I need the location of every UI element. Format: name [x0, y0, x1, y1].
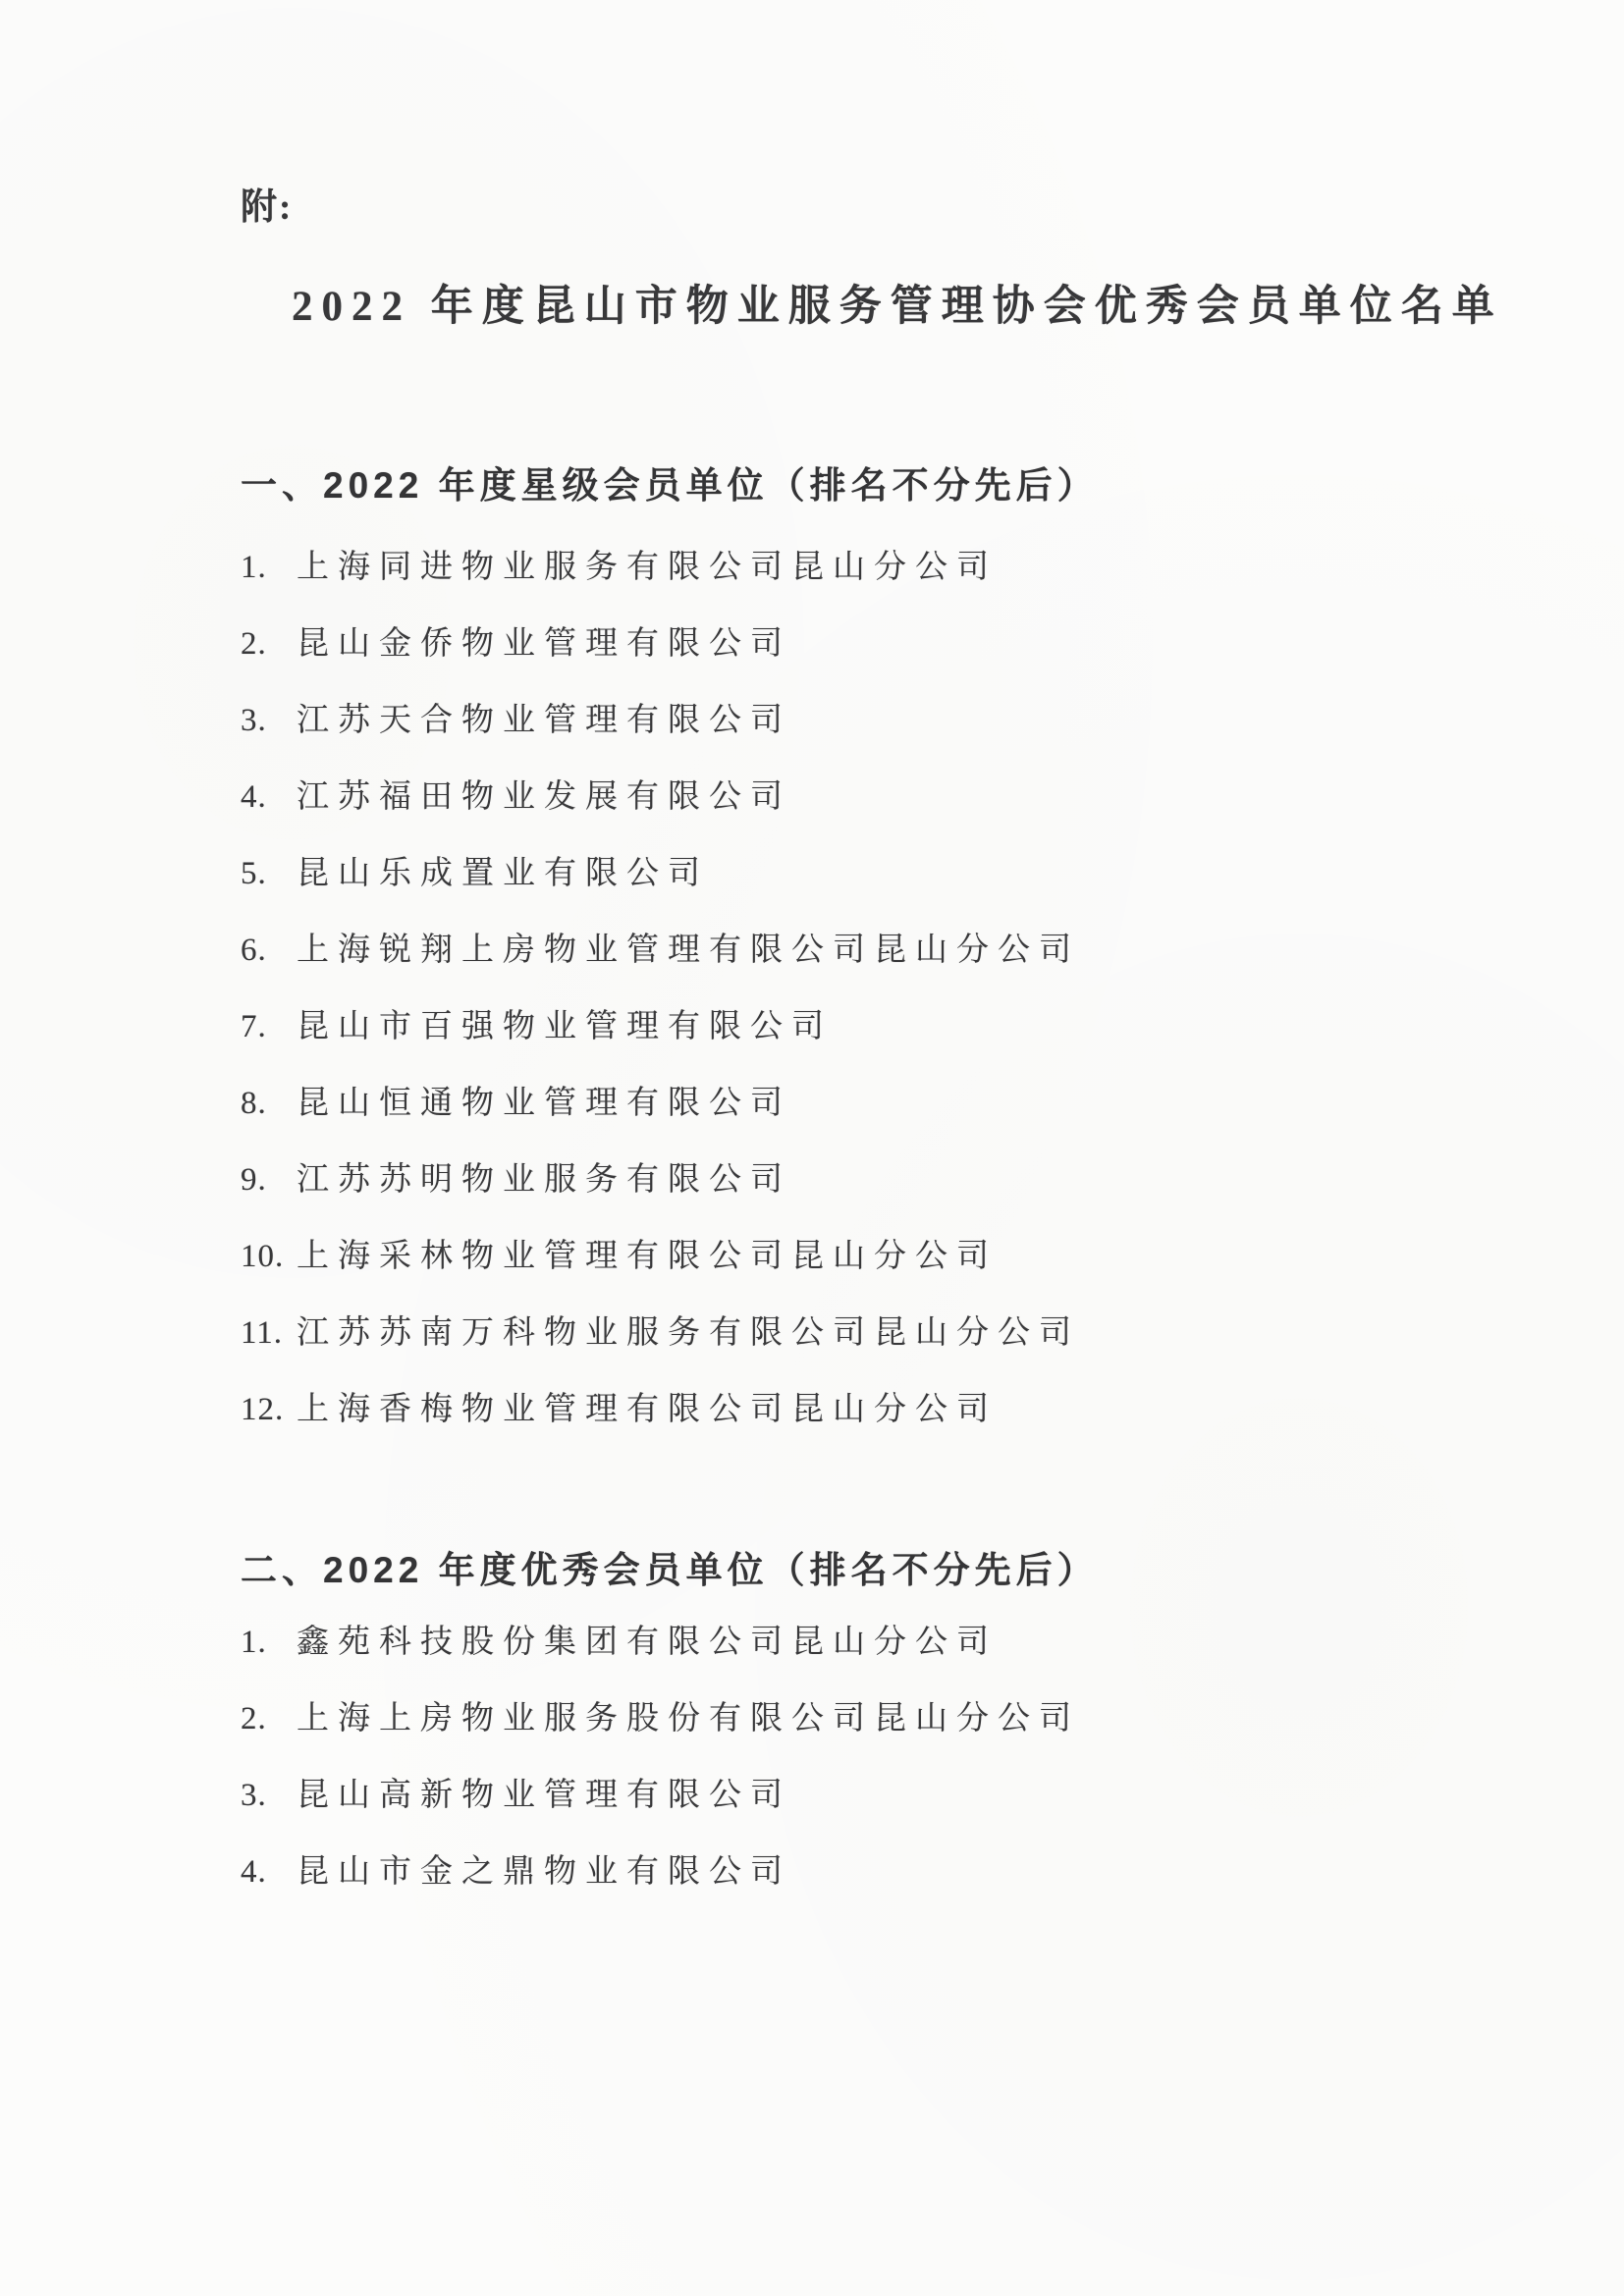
- item-number: 9.: [241, 1142, 297, 1218]
- company-name: 昆山市金之鼎物业有限公司: [297, 1854, 791, 1890]
- item-number: 1.: [241, 1604, 297, 1681]
- item-number: 2.: [241, 606, 297, 682]
- company-name: 江苏福田物业发展有限公司: [297, 779, 791, 815]
- list-item: 8.昆山恒通物业管理有限公司: [241, 1065, 1624, 1142]
- list-item: 2.上海上房物业服务股份有限公司昆山分公司: [241, 1681, 1624, 1757]
- document-title: 2022 年度昆山市物业服务管理协会优秀会员单位名单: [292, 281, 1624, 334]
- list-item: 10.上海采林物业管理有限公司昆山分公司: [241, 1218, 1624, 1295]
- section-1-heading: 一、2022 年度星级会员单位（排名不分先后）: [241, 463, 1624, 507]
- section-2-list: 1.鑫苑科技股份集团有限公司昆山分公司 2.上海上房物业服务股份有限公司昆山分公…: [241, 1604, 1624, 1910]
- company-name: 上海同进物业服务有限公司昆山分公司: [297, 550, 998, 585]
- company-name: 上海香梅物业管理有限公司昆山分公司: [297, 1392, 998, 1427]
- company-name: 昆山乐成置业有限公司: [297, 856, 709, 891]
- item-number: 8.: [241, 1065, 297, 1142]
- item-number: 12.: [241, 1371, 297, 1448]
- company-name: 江苏天合物业管理有限公司: [297, 703, 791, 738]
- company-name: 上海采林物业管理有限公司昆山分公司: [297, 1239, 998, 1274]
- item-number: 10.: [241, 1218, 297, 1295]
- company-name: 上海上房物业服务股份有限公司昆山分公司: [297, 1701, 1080, 1736]
- list-item: 3.昆山高新物业管理有限公司: [241, 1757, 1624, 1834]
- company-name: 昆山市百强物业管理有限公司: [297, 1009, 833, 1044]
- item-number: 11.: [241, 1295, 297, 1371]
- company-name: 昆山高新物业管理有限公司: [297, 1778, 791, 1813]
- item-number: 3.: [241, 682, 297, 759]
- item-number: 2.: [241, 1681, 297, 1757]
- item-number: 5.: [241, 835, 297, 912]
- list-item: 11.江苏苏南万科物业服务有限公司昆山分公司: [241, 1295, 1624, 1371]
- list-item: 9.江苏苏明物业服务有限公司: [241, 1142, 1624, 1218]
- list-item: 6.上海锐翔上房物业管理有限公司昆山分公司: [241, 912, 1624, 988]
- list-item: 1.鑫苑科技股份集团有限公司昆山分公司: [241, 1604, 1624, 1681]
- list-item: 4.江苏福田物业发展有限公司: [241, 759, 1624, 835]
- item-number: 4.: [241, 1834, 297, 1910]
- company-name: 江苏苏南万科物业服务有限公司昆山分公司: [297, 1315, 1080, 1351]
- item-number: 4.: [241, 759, 297, 835]
- company-name: 江苏苏明物业服务有限公司: [297, 1162, 791, 1198]
- list-item: 2.昆山金侨物业管理有限公司: [241, 606, 1624, 682]
- list-item: 7.昆山市百强物业管理有限公司: [241, 988, 1624, 1065]
- company-name: 昆山恒通物业管理有限公司: [297, 1086, 791, 1121]
- item-number: 3.: [241, 1757, 297, 1834]
- list-item: 1.上海同进物业服务有限公司昆山分公司: [241, 529, 1624, 606]
- section-2-heading: 二、2022 年度优秀会员单位（排名不分先后）: [241, 1548, 1624, 1592]
- company-name: 鑫苑科技股份集团有限公司昆山分公司: [297, 1625, 998, 1660]
- item-number: 7.: [241, 988, 297, 1065]
- list-item: 3.江苏天合物业管理有限公司: [241, 682, 1624, 759]
- company-name: 上海锐翔上房物业管理有限公司昆山分公司: [297, 933, 1080, 968]
- list-item: 4.昆山市金之鼎物业有限公司: [241, 1834, 1624, 1910]
- list-item: 5.昆山乐成置业有限公司: [241, 835, 1624, 912]
- item-number: 1.: [241, 529, 297, 606]
- document-page: 附: 2022 年度昆山市物业服务管理协会优秀会员单位名单 一、2022 年度星…: [0, 0, 1624, 2296]
- list-item: 12.上海香梅物业管理有限公司昆山分公司: [241, 1371, 1624, 1448]
- section-1-list: 1.上海同进物业服务有限公司昆山分公司 2.昆山金侨物业管理有限公司 3.江苏天…: [241, 529, 1624, 1448]
- company-name: 昆山金侨物业管理有限公司: [297, 626, 791, 662]
- document-content: 附: 2022 年度昆山市物业服务管理协会优秀会员单位名单 一、2022 年度星…: [0, 0, 1624, 1910]
- attachment-label: 附:: [241, 187, 1624, 230]
- item-number: 6.: [241, 912, 297, 988]
